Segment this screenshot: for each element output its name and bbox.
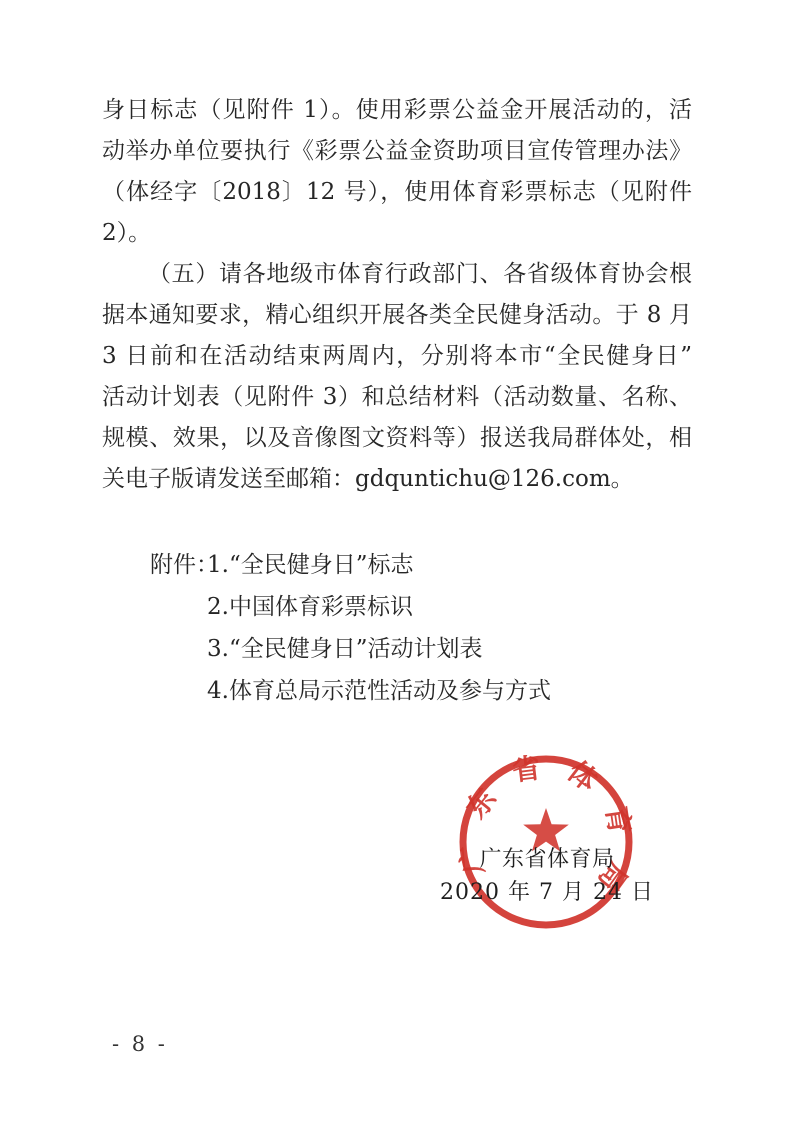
- body-line: 活动计划表（见附件 3）和总结材料（活动数量、名称、: [102, 377, 692, 418]
- attachment-item: 2.中国体育彩票标识: [207, 586, 551, 628]
- attachment-item: 3.“全民健身日”活动计划表: [207, 628, 551, 670]
- body-line: 身日标志（见附件 1）。使用彩票公益金开展活动的，活: [102, 90, 692, 131]
- body-line: 动举办单位要执行《彩票公益金资助项目宣传管理办法》: [102, 131, 692, 172]
- seal-star-icon: [523, 808, 569, 851]
- body-line-paragraph-start: （五）请各地级市体育行政部门、各省级体育协会根: [102, 254, 692, 295]
- body-line: 2）。: [102, 213, 692, 254]
- signature-agency: 广东省体育局: [426, 846, 668, 874]
- document-page: 身日标志（见附件 1）。使用彩票公益金开展活动的，活 动举办单位要执行《彩票公益…: [0, 0, 793, 1122]
- signature-date: 2020 年 7 月 24 日: [426, 879, 668, 907]
- attachment-item: 1.“全民健身日”标志: [207, 544, 551, 586]
- body-line: （体经字〔2018〕12 号），使用体育彩票标志（见附件: [102, 172, 692, 213]
- attachment-list: 1.“全民健身日”标志 2.中国体育彩票标识 3.“全民健身日”活动计划表 4.…: [207, 544, 551, 712]
- body-line-email: 关电子版请发送至邮箱：gdquntichu@126.com。: [102, 459, 692, 500]
- attachment-item: 4.体育总局示范性活动及参与方式: [207, 670, 551, 712]
- body-text: 身日标志（见附件 1）。使用彩票公益金开展活动的，活 动举办单位要执行《彩票公益…: [102, 90, 692, 500]
- page-number: - 8 -: [112, 1032, 168, 1056]
- body-line: 3 日前和在活动结束两周内，分别将本市“全民健身日”: [102, 336, 692, 377]
- body-line: 规模、效果，以及音像图文资料等）报送我局群体处，相: [102, 418, 692, 459]
- body-line: 据本通知要求，精心组织开展各类全民健身活动。于 8 月: [102, 295, 692, 336]
